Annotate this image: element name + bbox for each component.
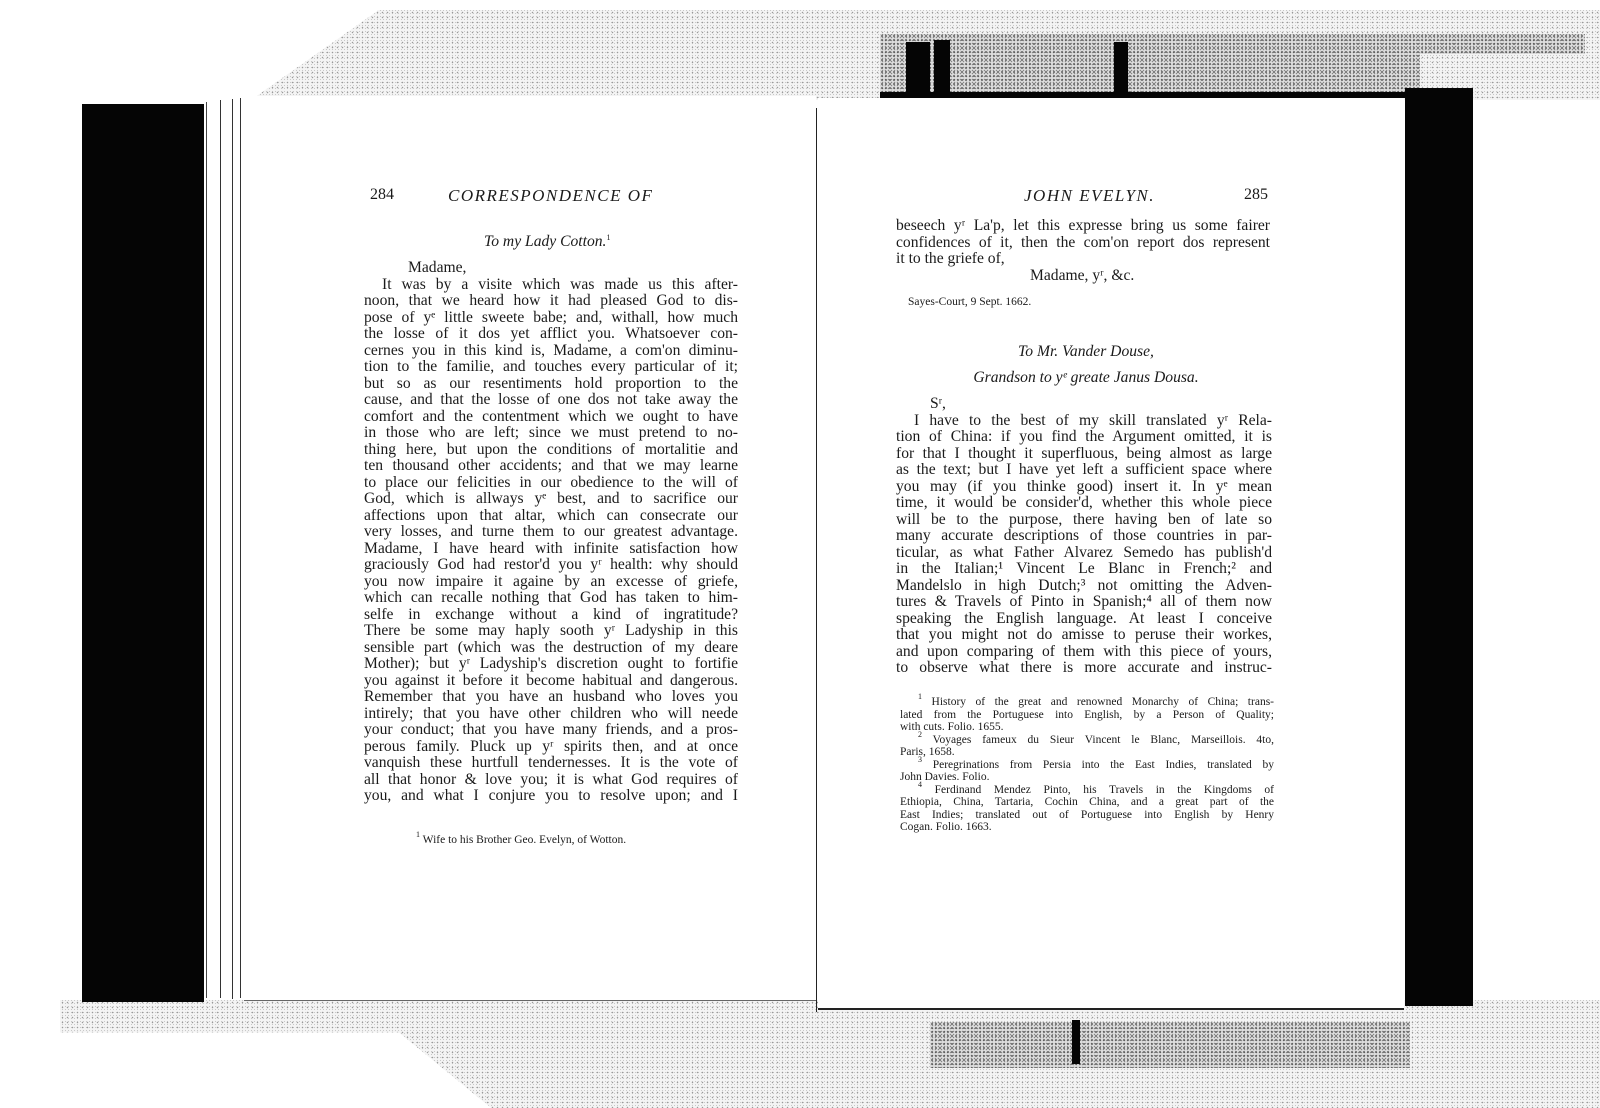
book-bottom-edge [930, 1022, 1410, 1068]
letter-continuation: beseech yʳ La'p, let this expresse bring… [896, 218, 1270, 284]
running-head-right: JOHN EVELYN. [1024, 186, 1155, 206]
closing: Madame, yʳ, &c. [896, 268, 1270, 285]
letter-heading-lady-cotton: To my Lady Cotton.1 [484, 234, 610, 251]
body-line: sensible part (which was the destruction… [364, 640, 738, 657]
body-line: cause, and that the losse of one dos not… [364, 392, 738, 409]
gutter [816, 108, 817, 1012]
body-line: intirely; that you have other children w… [364, 706, 738, 723]
left-page-stack-edge [220, 100, 221, 998]
footnote-text: History of the great and renowned Monarc… [932, 696, 1274, 708]
body-line: ticular, as what Father Alvarez Semedo h… [896, 545, 1272, 562]
salutation: Madame, [364, 260, 738, 277]
body-line: but so as our resentiments hold proporti… [364, 376, 738, 393]
body-line: to observe what there is more accurate a… [896, 660, 1272, 677]
right-book-cover [1405, 88, 1473, 1006]
body-line: it to the griefe of, [896, 251, 1270, 268]
body-line: It was by a visite which was made us thi… [364, 277, 738, 294]
top-clasp-3 [1114, 42, 1128, 98]
body-line: in those who are left; since we must pre… [364, 425, 738, 442]
body-line: in the Italian;¹ Vincent Le Blanc in Fre… [896, 561, 1272, 578]
footnote-line: 3 Peregrinations from Persia into the Ea… [900, 759, 1274, 772]
footnote-left: 1 Wife to his Brother Geo. Evelyn, of Wo… [416, 834, 626, 847]
left-page-stack-edge [206, 102, 207, 998]
body-line: time, it would be consider'd, whether th… [896, 495, 1272, 512]
body-line: comfort and the contentment which we oug… [364, 409, 738, 426]
body-line: you against it before it become habitual… [364, 673, 738, 690]
body-line: Mother); but yʳ Ladyship's discretion ou… [364, 656, 738, 673]
body-line: vanquish these hurtfull tendernesses. It… [364, 755, 738, 772]
body-line: as the text; but I have yet left a suffi… [896, 462, 1272, 479]
footnote-mark: 3 [918, 755, 922, 764]
footnote-line: Ethiopia, China, Tartaria, Cochin China,… [900, 796, 1274, 809]
top-clasp-2 [934, 40, 950, 98]
body-line: God, which is allways yᵉ best, and to sa… [364, 491, 738, 508]
body-line: speaking the English language. At least … [896, 611, 1272, 628]
body-line: you, and what I conjure you to resolve u… [364, 788, 738, 805]
footnote-line: East Indies; translated out of Portugues… [900, 809, 1274, 822]
body-line: many accurate descriptions of those coun… [896, 528, 1272, 545]
footnote-text: Wife to his Brother Geo. Evelyn, of Wott… [423, 834, 626, 846]
footnote-line: 4 Ferdinand Mendez Pinto, his Travels in… [900, 784, 1274, 797]
letter-heading-text: To my Lady Cotton. [484, 233, 606, 250]
body-line: your conduct; that you have many friends… [364, 722, 738, 739]
book-top-edge-right [1420, 34, 1585, 54]
body-line: that you might not do amisse to peruse t… [896, 627, 1272, 644]
body-line: pose of yᵉ little sweete babe; and, with… [364, 310, 738, 327]
body-line: Mandelslo in high Dutch;³ not omitting t… [896, 578, 1272, 595]
body-line: and upon comparing of them with this pie… [896, 644, 1272, 661]
body-line: which can recalle nothing that God has t… [364, 590, 738, 607]
footnote-text: Ferdinand Mendez Pinto, his Travels in t… [935, 784, 1274, 796]
left-page-stack-edge [232, 99, 233, 999]
footnotes-right: 1 History of the great and renowned Mona… [900, 696, 1274, 834]
body-line: perous family. Pluck up yʳ spirits then,… [364, 739, 738, 756]
body-line: beseech yʳ La'p, let this expresse bring… [896, 218, 1270, 235]
body-line: for that I thought it superfluous, being… [896, 446, 1272, 463]
body-line: Remember that you have an husband who lo… [364, 689, 738, 706]
footnote-mark: 4 [918, 780, 922, 789]
page-number-left: 284 [370, 186, 394, 204]
letter-body-right: Sʳ, I have to the best of my skill trans… [896, 396, 1272, 677]
footnote-line: 2 Voyages fameux du Sieur Vincent le Bla… [900, 734, 1274, 747]
footnote-mark: 2 [918, 730, 922, 739]
body-line: to place our felicities in our obedience… [364, 475, 738, 492]
body-line: thing here, but upon the conditions of m… [364, 442, 738, 459]
letter-heading-vander-douse: To Mr. Vander Douse, [896, 344, 1276, 361]
body-line: very losses, and turne them to our great… [364, 524, 738, 541]
footnote-text: Peregrinations from Persia into the East… [933, 759, 1274, 771]
top-clasp-1 [906, 42, 930, 98]
footnote-text: Voyages fameux du Sieur Vincent le Blanc… [933, 734, 1274, 746]
letter-heading-grandson: Grandson to yᵉ greate Janus Dousa. [896, 370, 1276, 387]
left-book-cover [82, 104, 204, 1002]
running-head-left: CORRESPONDENCE OF [448, 186, 653, 206]
footnote-line: lated from the Portuguese into English, … [900, 709, 1274, 722]
body-line: I have to the best of my skill translate… [896, 413, 1272, 430]
letter-body-left: Madame, It was by a visite which was mad… [364, 260, 738, 805]
body-line: tion of China: if you find the Argument … [896, 429, 1272, 446]
body-line: ten thousand other accidents; and that w… [364, 458, 738, 475]
footnote-line: with cuts. Folio. 1655. [900, 721, 1274, 734]
body-line: confidences of it, then the com'on repor… [896, 235, 1270, 252]
salutation: Sʳ, [896, 396, 1272, 413]
body-line: will be to the purpose, there having ben… [896, 512, 1272, 529]
footnote-ref: 1 [606, 233, 610, 242]
body-line: tures & Travels of Pinto in Spanish;⁴ al… [896, 594, 1272, 611]
body-line: tion to the familie, and touches every p… [364, 359, 738, 376]
footnote-line: 1 History of the great and renowned Mona… [900, 696, 1274, 709]
body-line: noon, that we heard how it had pleased G… [364, 293, 738, 310]
body-line: graciously God had restor'd you yʳ healt… [364, 557, 738, 574]
footnote-mark: 1 [918, 692, 922, 701]
footnote-line: John Davies. Folio. [900, 771, 1274, 784]
body-line: selfe in exchange without a kind of ingr… [364, 607, 738, 624]
body-line: all that honor & love you; it is what Go… [364, 772, 738, 789]
body-line: Madame, I have heard with infinite satis… [364, 541, 738, 558]
page-number-right: 285 [1244, 186, 1268, 204]
dateline: Sayes-Court, 9 Sept. 1662. [908, 294, 1031, 311]
body-line: the losse of it dos yet afflict you. Wha… [364, 326, 738, 343]
body-line: you now impaire it againe by an excesse … [364, 574, 738, 591]
body-line: affections upon that altar, which can co… [364, 508, 738, 525]
footnote-line: Paris, 1658. [900, 746, 1274, 759]
body-line: cernes you in this kind is, Madame, a co… [364, 343, 738, 360]
bottom-clasp [1072, 1020, 1080, 1064]
footnote-line: Cogan. Folio. 1663. [900, 821, 1274, 834]
footnote-mark: 1 [416, 830, 420, 839]
book-top-edge [880, 34, 1420, 94]
left-page-stack-edge [240, 98, 241, 998]
body-line: you may (if you thinke good) insert it. … [896, 479, 1272, 496]
body-line: There be some may haply sooth yʳ Ladyshi… [364, 623, 738, 640]
